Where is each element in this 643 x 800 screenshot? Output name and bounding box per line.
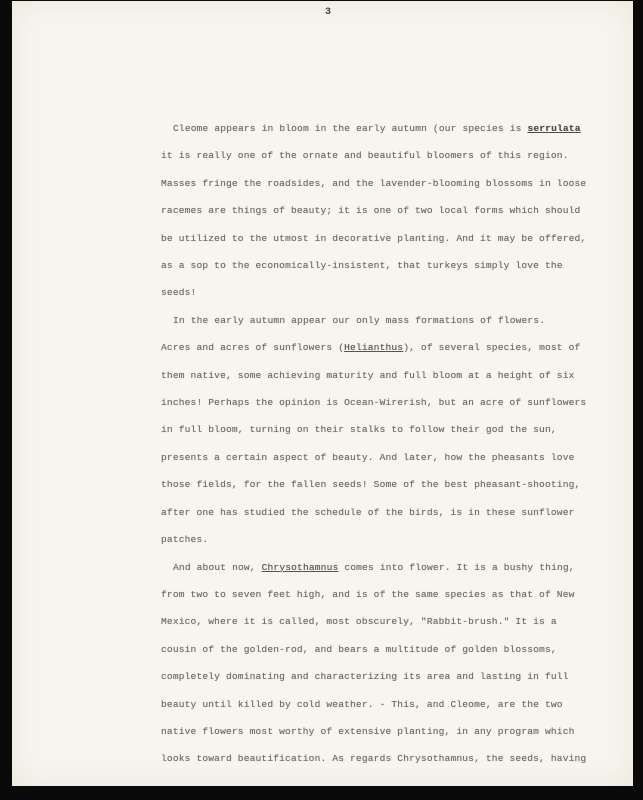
text-line: patches. [161, 526, 611, 553]
text-line: Mexico, where it is called, most obscure… [161, 608, 611, 635]
species-name: Helianthus [344, 342, 403, 353]
page-number: 3 [325, 7, 331, 18]
text-line: In the early autumn appear our only mass… [161, 307, 611, 334]
text-line: them native, some achieving maturity and… [161, 362, 611, 389]
species-name: serrulata [527, 123, 580, 134]
text-line: as a sop to the economically-insistent, … [161, 252, 611, 279]
text-line: racemes are things of beauty; it is one … [161, 197, 611, 224]
text-line: And about now, Chrysothamnus comes into … [161, 554, 611, 581]
text-line: looks toward beautification. As regards … [161, 745, 611, 772]
text-line: in full bloom, turning on their stalks t… [161, 416, 611, 443]
text-line: Acres and acres of sunflowers (Helianthu… [161, 334, 611, 361]
text-line: it is really one of the ornate and beaut… [161, 142, 611, 169]
text-line: seeds! [161, 279, 611, 306]
text-line: beauty until killed by cold weather. - T… [161, 691, 611, 718]
text-line: Cleome appears in bloom in the early aut… [161, 115, 611, 142]
text-line: those fields, for the fallen seeds! Some… [161, 471, 611, 498]
text-line: from two to seven feet high, and is of t… [161, 581, 611, 608]
text-line: native flowers most worthy of extensive … [161, 718, 611, 745]
text-line: inches! Perhaps the opinion is Ocean-Wir… [161, 389, 611, 416]
text-line: completely dominating and characterizing… [161, 663, 611, 690]
document-page: 3 Cleome appears in bloom in the early a… [12, 1, 633, 786]
text-line: cousin of the golden-rod, and bears a mu… [161, 636, 611, 663]
text-line: Masses fringe the roadsides, and the lav… [161, 170, 611, 197]
text-line: after one has studied the schedule of th… [161, 499, 611, 526]
text-line: be utilized to the utmost in decorative … [161, 225, 611, 252]
typewritten-body: Cleome appears in bloom in the early aut… [161, 115, 611, 773]
text-line: presents a certain aspect of beauty. And… [161, 444, 611, 471]
species-name: Chrysothamnus [262, 562, 339, 573]
